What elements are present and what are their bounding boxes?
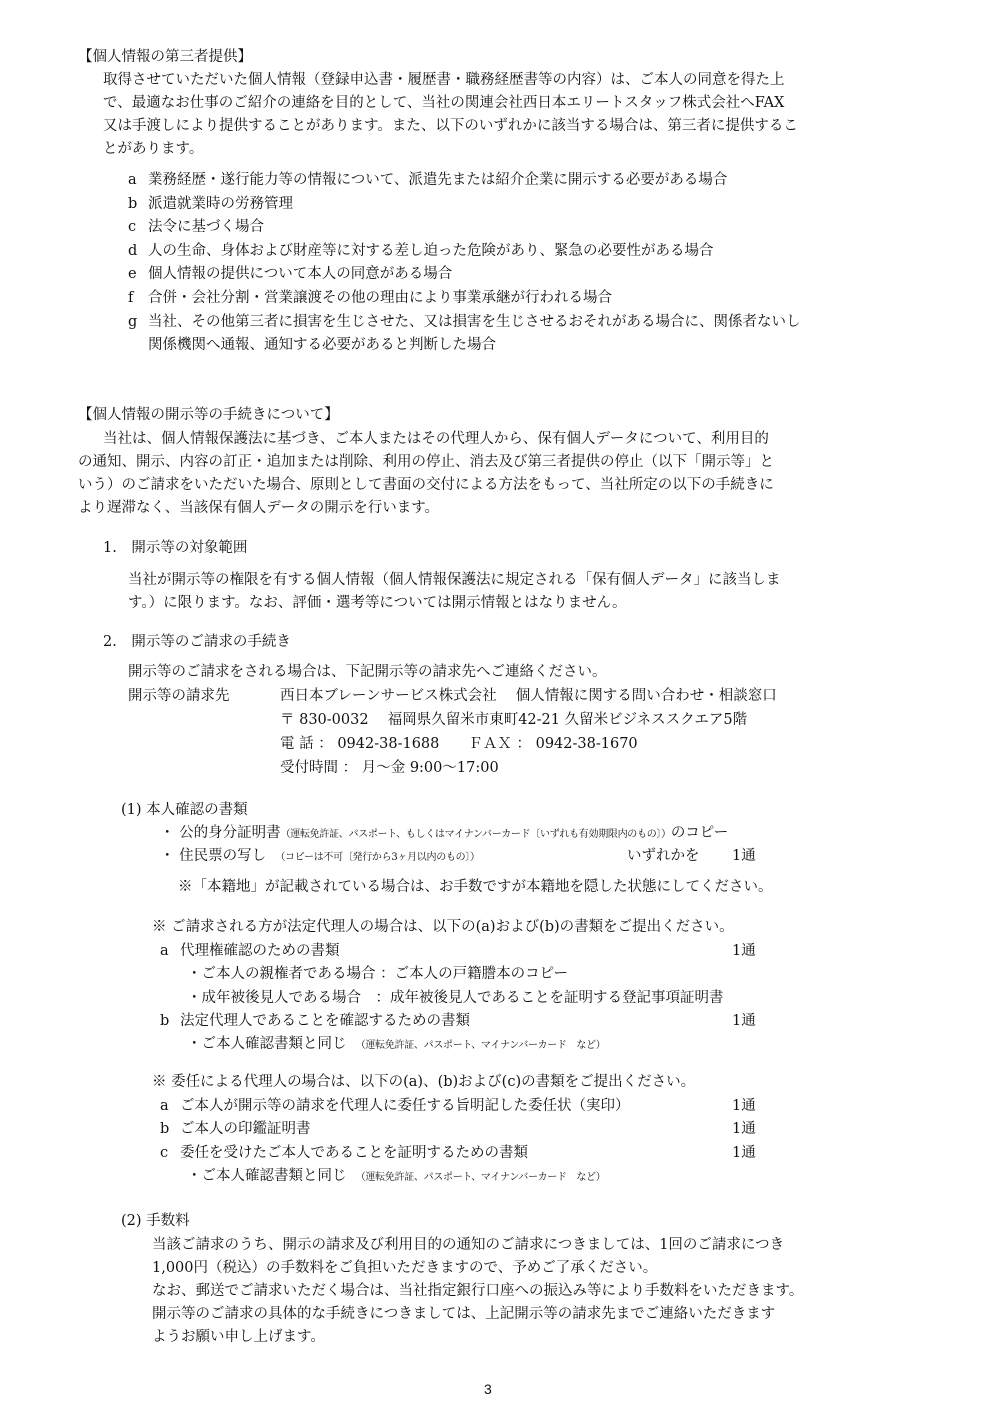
paragraph-line: 開示等のご請求の具体的な手続きにつきましては、上記開示等の請求先までご連絡いただ… [152, 1303, 775, 1326]
legal-agent-b-count: 1通 [732, 1010, 756, 1033]
sub-text: ・ご本人確認書類と同じ [187, 1168, 347, 1184]
scope-title: 1. 開示等の対象範囲 [103, 537, 247, 560]
contact-address: 〒 830-0032 福岡県久留米市東町42-21 久留米ビジネススクエア5階 [280, 709, 747, 732]
item-letter: e [128, 263, 148, 286]
identity-doc-2: ・ 住民票の写し （コピーは不可〔発行から3ヶ月以内のもの〕） [160, 845, 480, 869]
paragraph-line: 当社は、個人情報保護法に基づき、ご本人またはその代理人から、保有個人データについ… [103, 428, 769, 451]
paragraph-line: 当該ご請求のうち、開示の請求及び利用目的の通知のご請求につきましては、1回のご請… [152, 1234, 784, 1257]
item-text: 代理権確認のための書類 [180, 943, 340, 959]
item-text: ご本人の印鑑証明書 [180, 1121, 311, 1137]
item-text: 法令に基づく場合 [148, 219, 264, 235]
doc-note: （コピーは不可〔発行から3ヶ月以内のもの〕） [275, 852, 479, 863]
identity-docs-title: (1) 本人確認の書類 [121, 799, 248, 822]
item-letter: a [160, 1095, 180, 1118]
item-letter: a [160, 940, 180, 963]
contact-hours: 受付時間 ： 月～金 9:00～17:00 [280, 757, 499, 780]
item-text: 個人情報の提供について本人の同意がある場合 [148, 266, 452, 282]
item-text: ご本人が開示等の請求を代理人に委任する旨明記した委任状（実印） [180, 1098, 630, 1114]
contact-company: 西日本ブレーンサービス株式会社 個人情報に関する問い合わせ・相談窓口 [280, 685, 777, 708]
paragraph-line: 取得させていただいた個人情報（登録申込書・履歴書・職務経歴書等の内容）は、ご本人… [103, 69, 785, 92]
item-letter: d [128, 240, 148, 263]
item-letter: c [160, 1142, 180, 1165]
either-label: いずれかを [627, 845, 700, 868]
item-text: 人の生命、身体および財産等に対する差し迫った危険があり、緊急の必要性がある場合 [148, 243, 714, 259]
list-item: a業務経歴・遂行能力等の情報について、派遣先または紹介企業に開示する必要がある場… [128, 169, 727, 192]
legal-agent-a-sub1: ・ご本人の親権者である場合 ：ご本人の戸籍謄本のコピー [187, 963, 568, 986]
delegated-agent-c-sub: ・ご本人確認書類と同じ （運転免許証、パスポート、マイナンバーカード など） [187, 1165, 605, 1189]
contact-phone-fax: 電 話 ： 0942-38-1688 ＦＡＸ ： 0942-38-1670 [280, 733, 638, 756]
doc-name: ・ 公的身分証明書 [160, 825, 281, 841]
item-letter: g [128, 311, 148, 334]
list-item: e個人情報の提供について本人の同意がある場合 [128, 263, 452, 286]
item-letter: f [128, 287, 148, 310]
doc-name: ・ 住民票の写し [160, 848, 266, 864]
list-item: b派遣就業時の労務管理 [128, 193, 293, 216]
list-item: c法令に基づく場合 [128, 216, 264, 239]
paragraph-line: で、最適なお仕事のご紹介の連絡を目的として、当社の関連会社西日本エリートスタッフ… [103, 92, 784, 115]
paragraph-line: いう）のご請求をいただいた場合、原則として書面の交付による方法をもって、当社所定… [78, 474, 774, 497]
list-item: d人の生命、身体および財産等に対する差し迫った危険があり、緊急の必要性がある場合 [128, 240, 714, 263]
item-letter: b [160, 1010, 180, 1033]
delegated-agent-item-b: bご本人の印鑑証明書 [160, 1118, 311, 1141]
doc-note: （運転免許証、パスポート、もしくはマイナンバーカード〔いずれも有効期限内のもの〕… [281, 829, 671, 840]
item-text: 委任を受けたご本人であることを証明するための書類 [180, 1145, 528, 1161]
paragraph-line: より遅滞なく、当該保有個人データの開示を行います。 [78, 497, 439, 520]
procedure-intro: 開示等のご請求をされる場合は、下記開示等の請求先へご連絡ください。 [128, 661, 607, 684]
delegated-agent-item-a: aご本人が開示等の請求を代理人に委任する旨明記した委任状（実印） [160, 1095, 630, 1118]
delegated-agent-a-count: 1通 [732, 1095, 756, 1118]
scope-line: す。）に限ります。なお、評価・選考等については開示情報とはなりません。 [128, 592, 627, 615]
identity-doc-1: ・ 公的身分証明書（運転免許証、パスポート、もしくはマイナンバーカード〔いずれも… [160, 822, 728, 846]
sub-text: ・ご本人確認書類と同じ [187, 1036, 347, 1052]
item-letter: b [128, 193, 148, 216]
paragraph-line: の通知、開示、内容の訂正・追加または削除、利用の停止、消去及び第三者提供の停止（… [78, 451, 774, 474]
contact-label: 開示等の請求先 [128, 685, 230, 708]
item-text: 派遣就業時の労務管理 [148, 196, 293, 212]
sub-note: （運転免許証、パスポート、マイナンバーカード など） [356, 1172, 606, 1183]
paragraph-line: とがあります。 [103, 138, 203, 161]
either-count: 1通 [732, 845, 756, 868]
delegated-agent-c-count: 1通 [732, 1142, 756, 1165]
legal-agent-item-b: b法定代理人であることを確認するための書類 [160, 1010, 470, 1033]
list-item: g当社、その他第三者に損害を生じさせた、又は損害を生じさせるおそれがある場合に、… [128, 311, 801, 334]
item-text: 当社、その他第三者に損害を生じさせた、又は損害を生じさせるおそれがある場合に、関… [148, 314, 801, 330]
delegated-agent-item-c: c委任を受けたご本人であることを証明するための書類 [160, 1142, 528, 1165]
paragraph-line: 1,000円（税込）の手数料をご負担いただきますので、予めご了承ください。 [152, 1257, 657, 1280]
item-text: 業務経歴・遂行能力等の情報について、派遣先または紹介企業に開示する必要がある場合 [148, 172, 727, 188]
fee-title: (2) 手数料 [121, 1210, 190, 1233]
honseki-note: ※「本籍地」が記載されている場合は、お手数ですが本籍地を隠した状態にしてください… [178, 876, 773, 899]
item-letter: a [128, 169, 148, 192]
list-item-continuation: 関係機関へ通報、通知する必要があると判断した場合 [148, 334, 496, 357]
doc-suffix: のコピー [671, 825, 728, 841]
section-heading-disclosure: 【個人情報の開示等の手続きについて】 [78, 404, 339, 427]
list-item: f合併・会社分割・営業譲渡その他の理由により事業承継が行われる場合 [128, 287, 612, 310]
legal-agent-a-count: 1通 [732, 940, 756, 963]
paragraph-line: 又は手渡しにより提供することがあります。また、以下のいずれかに該当する場合は、第… [103, 115, 798, 138]
item-text: 合併・会社分割・営業譲渡その他の理由により事業承継が行われる場合 [148, 290, 612, 306]
procedure-title: 2. 開示等のご請求の手続き [103, 631, 291, 654]
legal-agent-note: ※ ご請求される方が法定代理人の場合は、以下の(a)および(b)の書類をご提出く… [152, 916, 734, 939]
sub-note: （運転免許証、パスポート、マイナンバーカード など） [356, 1040, 606, 1051]
item-text: 法定代理人であることを確認するための書類 [180, 1013, 470, 1029]
paragraph-line: なお、郵送でご請求いただく場合は、当社指定銀行口座への振込み等により手数料をいた… [152, 1280, 803, 1303]
legal-agent-item-a: a代理権確認のための書類 [160, 940, 340, 963]
paragraph-line: ようお願い申し上げます。 [152, 1326, 325, 1349]
item-letter: b [160, 1118, 180, 1141]
scope-line: 当社が開示等の権限を有する個人情報（個人情報保護法に規定される「保有個人データ」… [128, 569, 781, 592]
legal-agent-a-sub2: ・成年被後見人である場合 ：成年被後見人であることを証明する登記事項証明書 [187, 987, 724, 1010]
delegated-agent-note: ※ 委任による代理人の場合は、以下の(a)、(b)および(c)の書類をご提出くだ… [152, 1071, 695, 1094]
delegated-agent-b-count: 1通 [732, 1118, 756, 1141]
page-number: 3 [484, 1378, 492, 1401]
section-heading-third-party: 【個人情報の第三者提供】 [78, 46, 252, 69]
legal-agent-b-sub: ・ご本人確認書類と同じ （運転免許証、パスポート、マイナンバーカード など） [187, 1033, 605, 1057]
item-letter: c [128, 216, 148, 239]
